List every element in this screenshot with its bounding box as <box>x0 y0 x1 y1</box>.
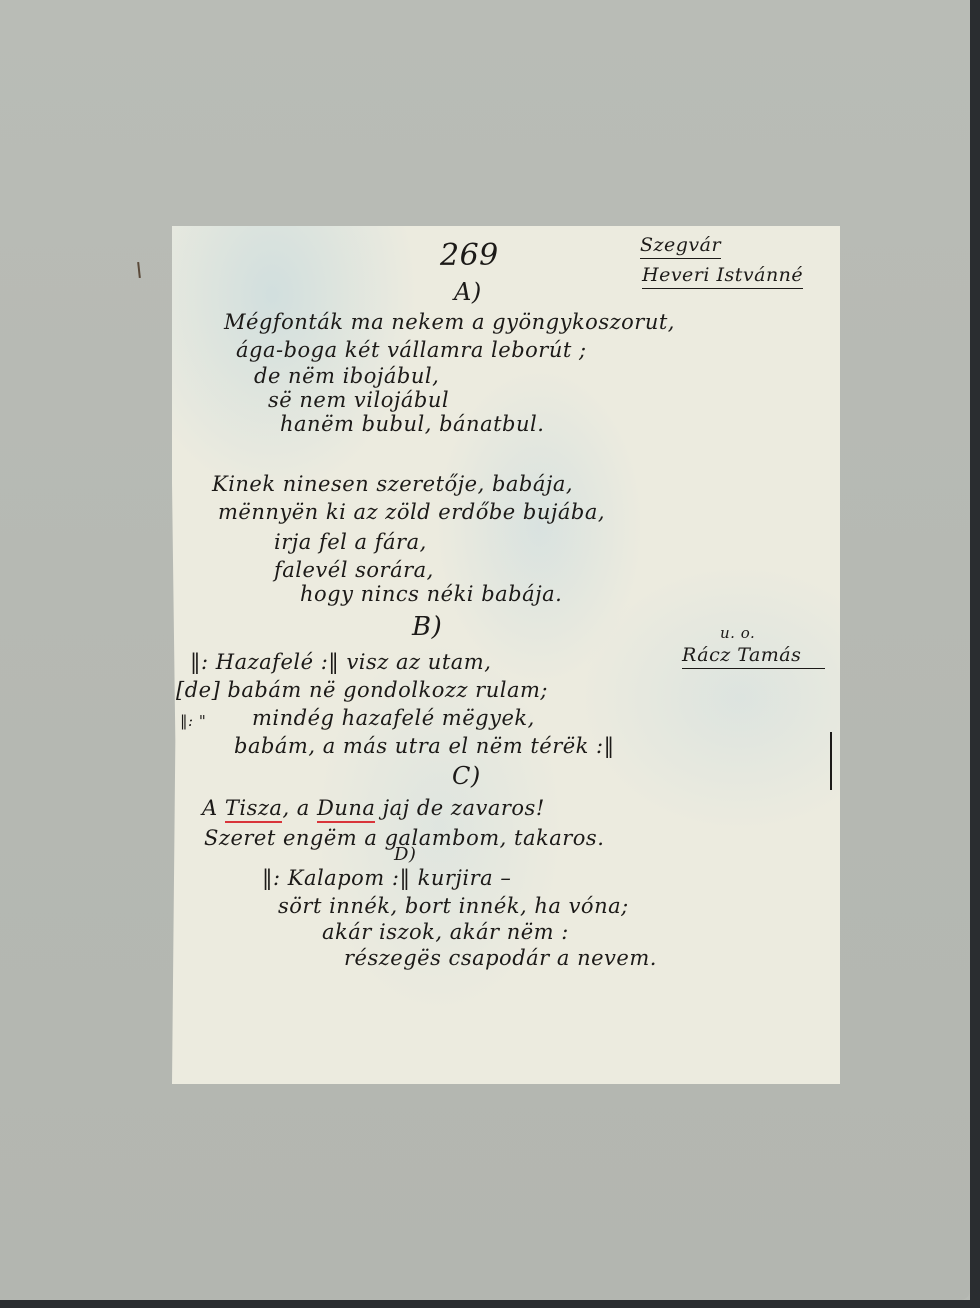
verse-line: [de] babám në gondolkozz rulam; <box>176 678 548 702</box>
verse-line: sört innék, bort innék, ha vóna; <box>278 894 629 918</box>
attribution-name: Rácz Tamás <box>682 644 825 669</box>
verse-line: irja fel a fára, <box>274 530 427 554</box>
verse-line: falevél sorára, <box>274 558 434 582</box>
verse-line: ága-boga két vállamra leborút ; <box>236 338 587 362</box>
verse-line: hanëm bubul, bánatbul. <box>280 412 544 436</box>
manuscript-sheet: 269 Szegvár Heveri Istvánné A) Mégfonták… <box>172 226 840 1084</box>
verse-line: mindég hazafelé mëgyek, <box>252 706 535 730</box>
place-duna: Duna <box>317 796 375 823</box>
page-number: 269 <box>440 238 499 273</box>
verse-line: mënnyën ki az zöld erdőbe bujába, <box>218 500 605 524</box>
verse-line: Mégfonták ma nekem a gyöngykoszorut, <box>224 310 675 334</box>
verse-line-c1: A Tisza, a Duna jaj de zavaros! <box>202 796 545 820</box>
scan-edge-right <box>970 0 980 1308</box>
verse-suffix: jaj de zavaros! <box>383 796 545 820</box>
verse-prefix: A <box>202 796 218 820</box>
section-b-label: B) <box>412 612 442 642</box>
verse-line: részegës csapodár a nevem. <box>344 946 657 970</box>
location-label: Szegvár <box>640 234 721 259</box>
section-a-label: A) <box>454 278 482 306</box>
verse-line: akár iszok, akár nëm : <box>322 920 569 944</box>
repeat-mark: ‖: " <box>180 712 206 730</box>
place-tisza: Tisza <box>225 796 283 823</box>
section-c-label: C) <box>452 762 481 790</box>
verse-line: ‖: Hazafelé :‖ visz az utam, <box>190 650 491 674</box>
verse-line: ‖: Kalapom :‖ kurjira – <box>262 866 511 890</box>
section-d-label: D) <box>394 844 416 865</box>
verse-mid: , a <box>282 796 309 820</box>
scan-edge-bottom <box>0 1300 980 1308</box>
verse-line: Kinek ninesen szeretője, babája, <box>212 472 573 496</box>
verse-line: hogy nincs néki babája. <box>300 582 562 606</box>
verse-line: de nëm ibojábul, <box>254 364 439 388</box>
verse-line: babám, a más utra el nëm térëk :‖ <box>234 734 615 758</box>
verse-line: së nem vilojábul <box>268 388 449 412</box>
repeat-bar-right <box>830 732 832 790</box>
attribution-note: u. o. <box>720 624 755 642</box>
informant-label: Heveri Istvánné <box>642 264 803 289</box>
